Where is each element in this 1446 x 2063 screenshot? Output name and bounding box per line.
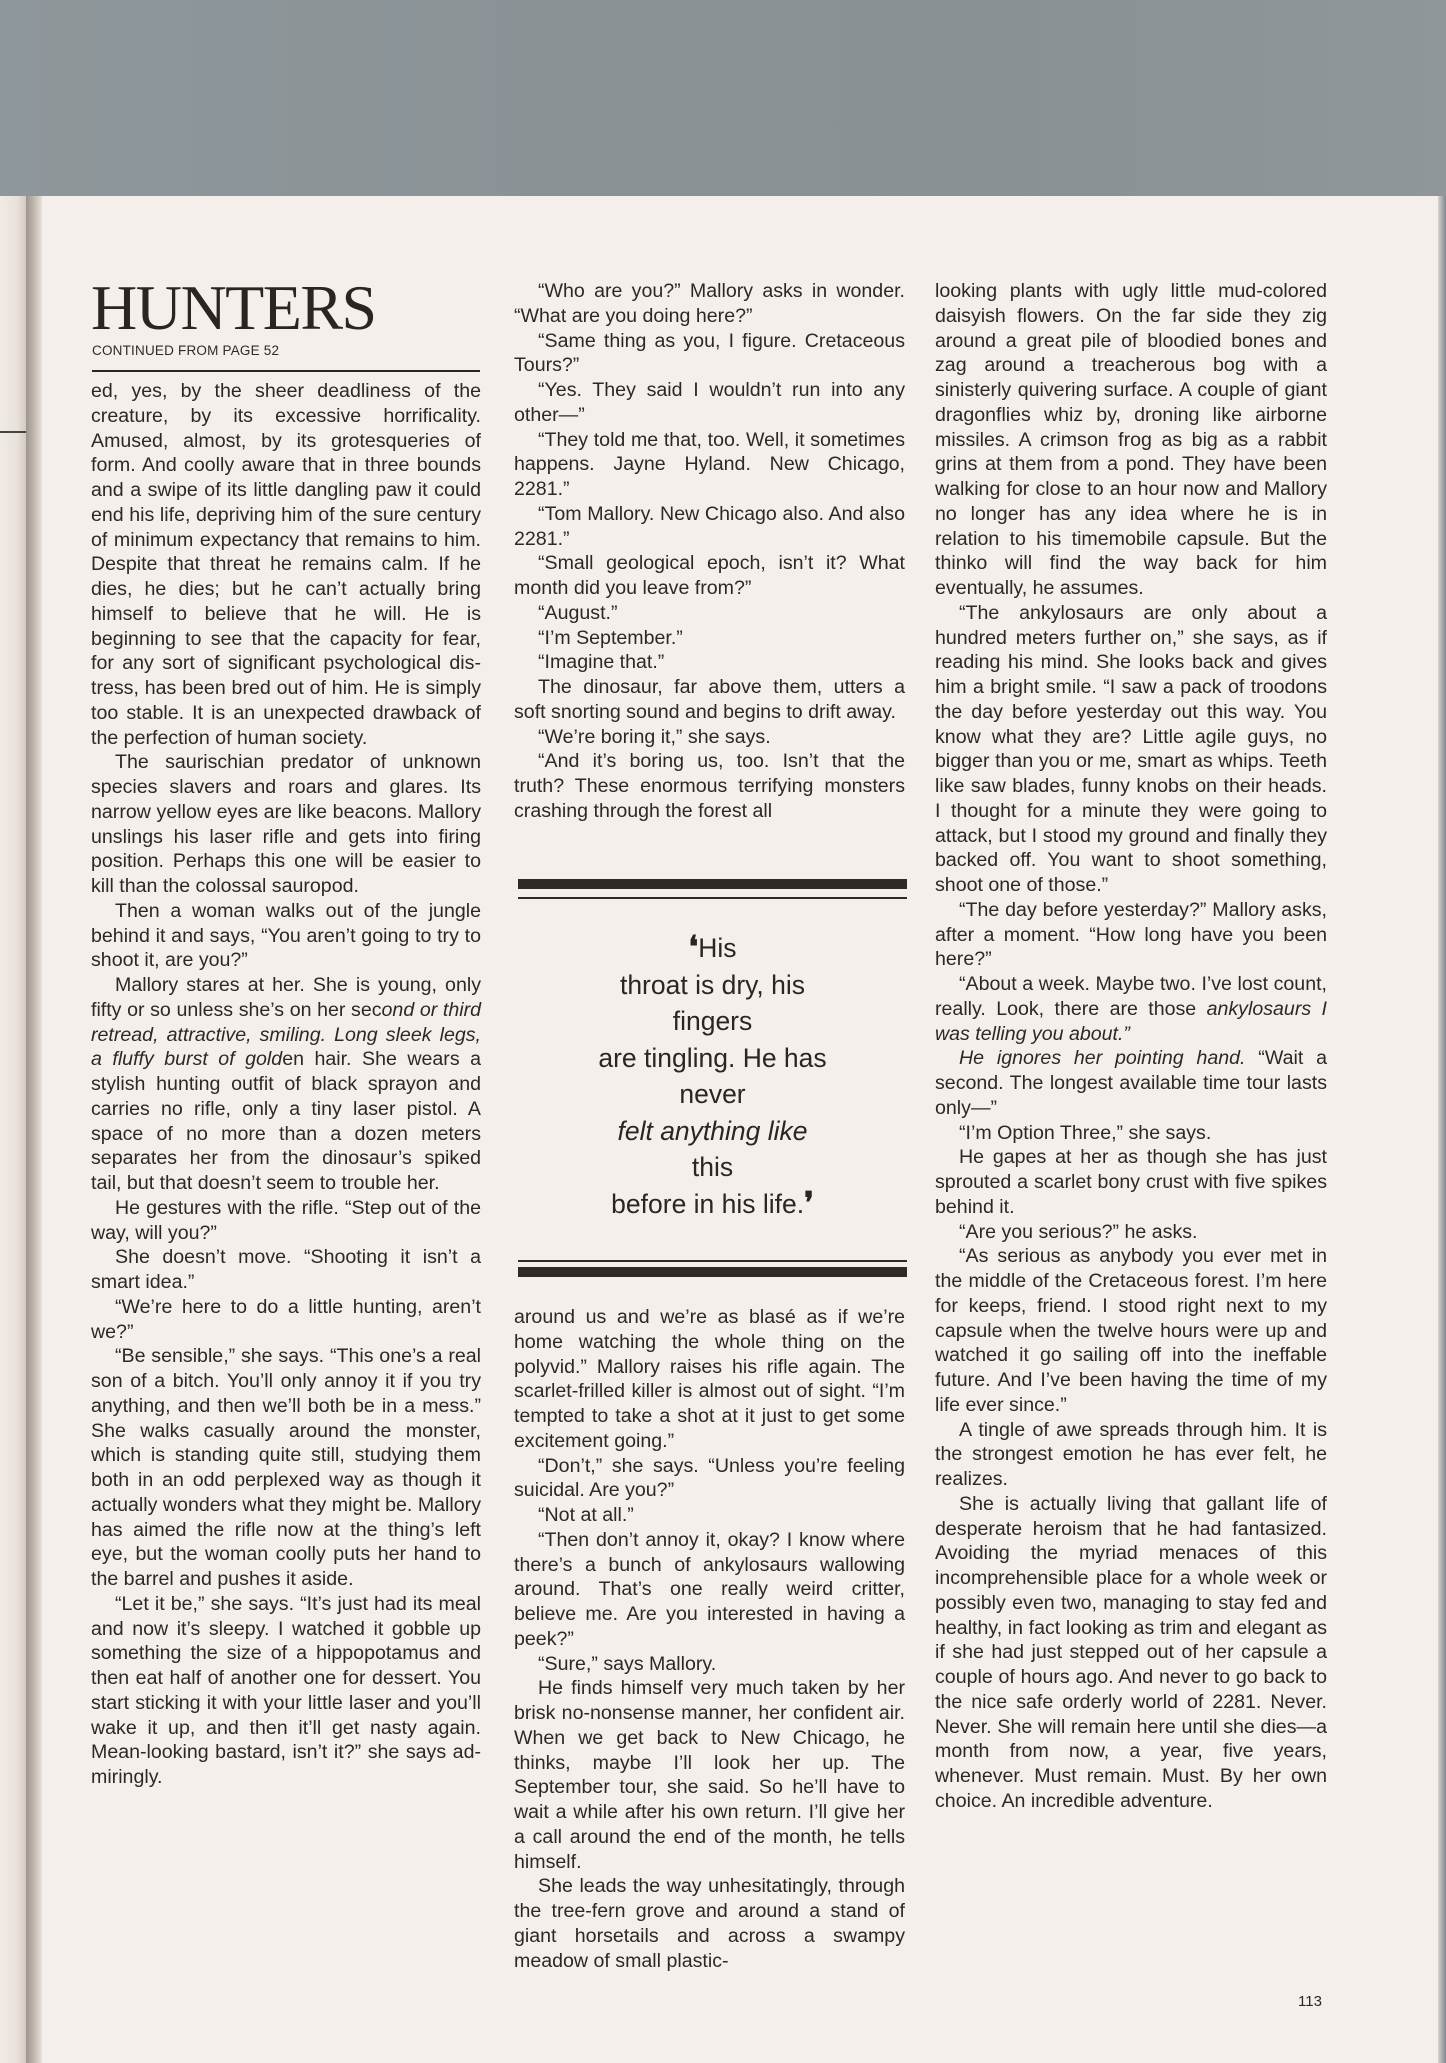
pullquote-line: before in his life.❜: [518, 1186, 907, 1223]
paragraph: “Who are you?” Mallory asks in won­der. …: [514, 279, 905, 329]
paragraph: “Be sensible,” she says. “This one’s a r…: [91, 1344, 481, 1592]
paragraph: The saurischian predator of unknown spec…: [91, 750, 481, 899]
paragraph: She doesn’t move. “Shooting it isn’t a s…: [91, 1245, 481, 1295]
scanner-background: [0, 0, 1446, 196]
paragraph: He gapes at her as though she has just s…: [935, 1145, 1327, 1219]
article-title: HUNTERS: [91, 276, 376, 340]
paragraph: “I’m Option Three,” she says.: [935, 1121, 1327, 1146]
pull-quote: ❛His throat is dry, his fingers are ting…: [518, 930, 907, 1222]
paragraph: looking plants with ugly little mud-col­…: [935, 279, 1327, 601]
pullquote-line: this: [518, 1149, 907, 1186]
close-quote-icon: ❜: [804, 1186, 814, 1221]
paragraph: ed, yes, by the sheer deadliness of the …: [91, 379, 481, 750]
middle-column-bottom: around us and we’re as blasé as if we’re…: [514, 1305, 905, 1973]
paragraph: “Sure,” says Mallory.: [514, 1652, 905, 1677]
paragraph: She leads the way unhesitatingly, throug…: [514, 1874, 905, 1973]
paragraph: “Same thing as you, I figure. Creta­ceou…: [514, 329, 905, 379]
paragraph: He ignores her pointing hand. “Wait a se…: [935, 1046, 1327, 1120]
paragraph-italic-text: He ignores her pointing hand.: [959, 1047, 1246, 1069]
paragraph: “The ankylosaurs are only about a hundre…: [935, 601, 1327, 898]
pullquote-top-thick-rule: [518, 879, 907, 889]
paragraph: “About a week. Maybe two. I’ve lost coun…: [935, 972, 1327, 1046]
page-right-edge: [1438, 196, 1446, 2063]
pullquote-line: never: [518, 1076, 907, 1113]
pullquote-line: ❛His: [518, 930, 907, 967]
paragraph: “Don’t,” she says. “Unless you’re feel­i…: [514, 1454, 905, 1504]
paragraph: “We’re boring it,” she says.: [514, 725, 905, 750]
title-rule: [92, 370, 480, 372]
paragraph: A tingle of awe spreads through him. It …: [935, 1418, 1327, 1492]
pullquote-line: fingers: [518, 1003, 907, 1040]
continued-from-label: CONTINUED FROM PAGE 52: [92, 343, 279, 358]
middle-column-top: “Who are you?” Mallory asks in won­der. …: [514, 279, 905, 824]
left-column: ed, yes, by the sheer deadliness of the …: [91, 379, 481, 1790]
paragraph: “Tom Mallory. New Chicago also. And also…: [514, 502, 905, 552]
paragraph: “Are you serious?” he asks.: [935, 1220, 1327, 1245]
pullquote-line: throat is dry, his: [518, 967, 907, 1004]
paragraph: around us and we’re as blasé as if we’re…: [514, 1305, 905, 1454]
paragraph: He finds himself very much taken by her …: [514, 1676, 905, 1874]
pullquote-bottom-thick-rule: [518, 1267, 907, 1277]
paragraph: Then a woman walks out of the jun­gle be…: [91, 899, 481, 973]
paragraph: “Yes. They said I wouldn’t run into any …: [514, 378, 905, 428]
binding-gutter-shadow: [26, 196, 42, 2063]
paragraph: The dinosaur, far above them, utters a s…: [514, 675, 905, 725]
paragraph: Mallory stares at her. She is young, onl…: [91, 973, 481, 1196]
pullquote-line: felt anything like: [518, 1113, 907, 1150]
page-number: 113: [1298, 1993, 1322, 2010]
paragraph: “We’re here to do a little hunting, aren…: [91, 1295, 481, 1345]
paragraph: “Let it be,” she says. “It’s just had it…: [91, 1592, 481, 1790]
paragraph: He gestures with the rifle. “Step out of…: [91, 1196, 481, 1246]
pullquote-bottom-thin-rule: [518, 1260, 907, 1262]
right-column: looking plants with ugly little mud-col­…: [935, 279, 1327, 1814]
paragraph: “Not at all.”: [514, 1503, 905, 1528]
paragraph: “As serious as anybody you ever met in t…: [935, 1244, 1327, 1417]
paragraph: “And it’s boring us, too. Isn’t that the…: [514, 749, 905, 823]
facing-page-edge: [0, 196, 28, 2063]
paragraph: “Small geological epoch, isn’t it? What …: [514, 551, 905, 601]
paragraph: “They told me that, too. Well, it some­t…: [514, 428, 905, 502]
open-quote-icon: ❛: [689, 930, 699, 965]
pullquote-top-thin-rule: [518, 897, 907, 899]
paragraph: “Then don’t annoy it, okay? I know where…: [514, 1528, 905, 1652]
paragraph: “The day before yesterday?” Mallo­ry ask…: [935, 898, 1327, 972]
paragraph: “August.”: [514, 601, 905, 626]
paragraph: “Imagine that.”: [514, 650, 905, 675]
paragraph: “I’m September.”: [514, 626, 905, 651]
paragraph: She is actually living that gallant life…: [935, 1492, 1327, 1814]
pullquote-line: are tingling. He has: [518, 1040, 907, 1077]
